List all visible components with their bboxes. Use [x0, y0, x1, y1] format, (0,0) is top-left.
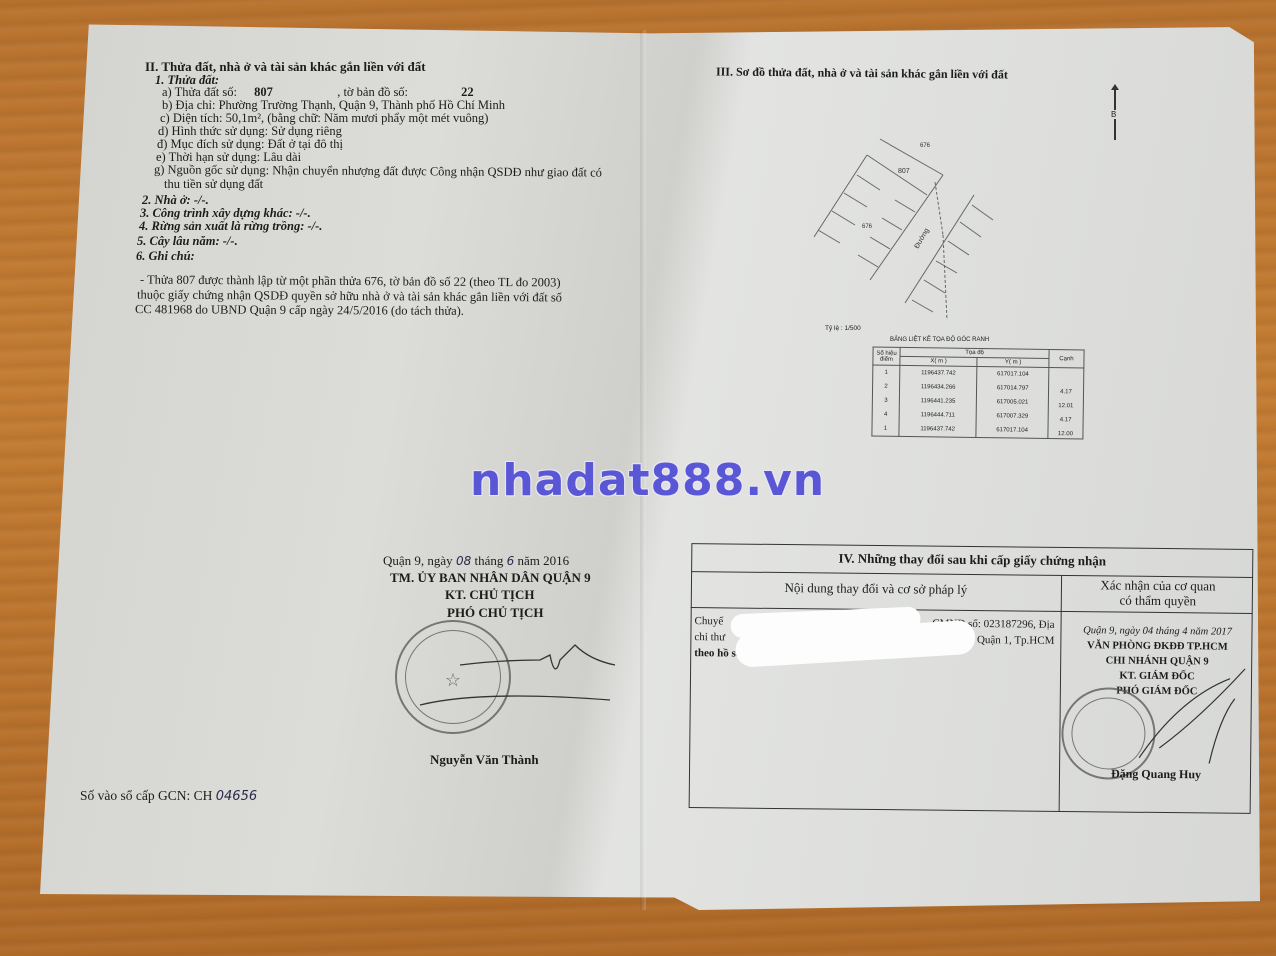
coords-cell-edge: 12.01: [1048, 396, 1083, 410]
coords-row: 11196437.742617017.10412.00: [872, 422, 1083, 439]
coords-cell-edge: 4.17: [1048, 410, 1083, 424]
coords-cell-point: 1: [873, 365, 900, 380]
north-label: B: [1111, 110, 1116, 119]
coords-cell-point: 2: [872, 380, 899, 394]
coords-cell-point: 4: [872, 408, 899, 422]
col-point: Số hiệu điểm: [873, 347, 900, 365]
parcel-807-label: 807: [898, 168, 910, 175]
coords-table-title: BẢNG LIỆT KÊ TỌA ĐỘ GÓC RANH: [890, 337, 989, 343]
neighbor-676-top: 676: [920, 143, 931, 149]
issuing-authority: TM. ỦY BAN NHÂN DÂN QUẬN 9: [390, 571, 591, 584]
registry-handwritten-number: 04656: [216, 789, 257, 804]
coords-cell-y: 617005.021: [977, 395, 1049, 410]
coords-cell-y: 617017.104: [977, 366, 1049, 381]
coords-cell-y: 617014.797: [977, 381, 1049, 396]
parcel-label: a) Thửa đất số:: [162, 85, 237, 99]
coords-cell-edge: [1049, 367, 1084, 382]
production-forest-item: 4. Rừng sản xuất là rừng trồng: -/-.: [139, 220, 322, 233]
map-sheet-number: 22: [411, 85, 474, 99]
parcel-diagram: 676 807 676 Đường: [800, 125, 1030, 325]
coords-cell-x: 1196434.266: [899, 380, 977, 395]
perennial-trees-item: 5. Cây lâu năm: -/-.: [137, 235, 238, 248]
changes-table: IV. Những thay đổi sau khi cấp giấy chứn…: [689, 543, 1254, 814]
coordinates-table: Số hiệu điểm Tọa độ Cạnh X( m ) Y( m ) 1…: [871, 347, 1084, 440]
coords-cell-x: 1196444.711: [899, 408, 977, 423]
coords-cell-y: 617017.104: [976, 423, 1048, 438]
signer-name: Nguyễn Văn Thành: [430, 753, 539, 766]
note-line-3: CC 481968 do UBND Quận 9 cấp ngày 24/5/2…: [135, 303, 464, 318]
map-scale: Tỷ lệ : 1/500: [825, 325, 861, 332]
coords-cell-x: 1196441.235: [899, 394, 977, 409]
watermark-logo: nhadat888.vn: [470, 455, 825, 506]
map-sheet-label: , tờ bản đồ số:: [337, 85, 408, 99]
issue-day: 08: [456, 554, 471, 568]
coords-cell-x: 1196437.742: [900, 365, 978, 381]
signature: [400, 640, 620, 720]
usage-origin-cont: thu tiền sử dụng đất: [164, 178, 263, 191]
coords-cell-point: 3: [872, 394, 899, 408]
changes-col-confirm: Xác nhận của cơ quan có thẩm quyền: [1063, 577, 1253, 609]
signer-role-2: PHÓ CHỦ TỊCH: [447, 606, 544, 619]
neighbor-676-left: 676: [862, 224, 873, 230]
section-ii-title: II. Thửa đất, nhà ở và tài sản khác gắn …: [145, 60, 426, 73]
registry-number: Số vào sổ cấp GCN: CH 04656: [80, 789, 257, 803]
coords-cell-edge: 4.17: [1048, 382, 1083, 396]
notes-heading: 6. Ghi chú:: [136, 250, 195, 263]
coords-cell-edge: 12.00: [1048, 424, 1083, 439]
coords-cell-point: 1: [872, 422, 899, 437]
coords-cell-y: 617007.329: [976, 409, 1048, 424]
issue-date: Quận 9, ngày 08 tháng 6 năm 2016: [383, 554, 569, 568]
signer-role-1: KT. CHỦ TỊCH: [445, 588, 534, 601]
confirm-signer: Đặng Quang Huy: [1111, 767, 1201, 781]
branch-signature: [1109, 657, 1250, 768]
road-label: Đường: [914, 227, 931, 250]
col-edge: Cạnh: [1049, 349, 1084, 367]
coords-cell-x: 1196437.742: [899, 422, 977, 438]
